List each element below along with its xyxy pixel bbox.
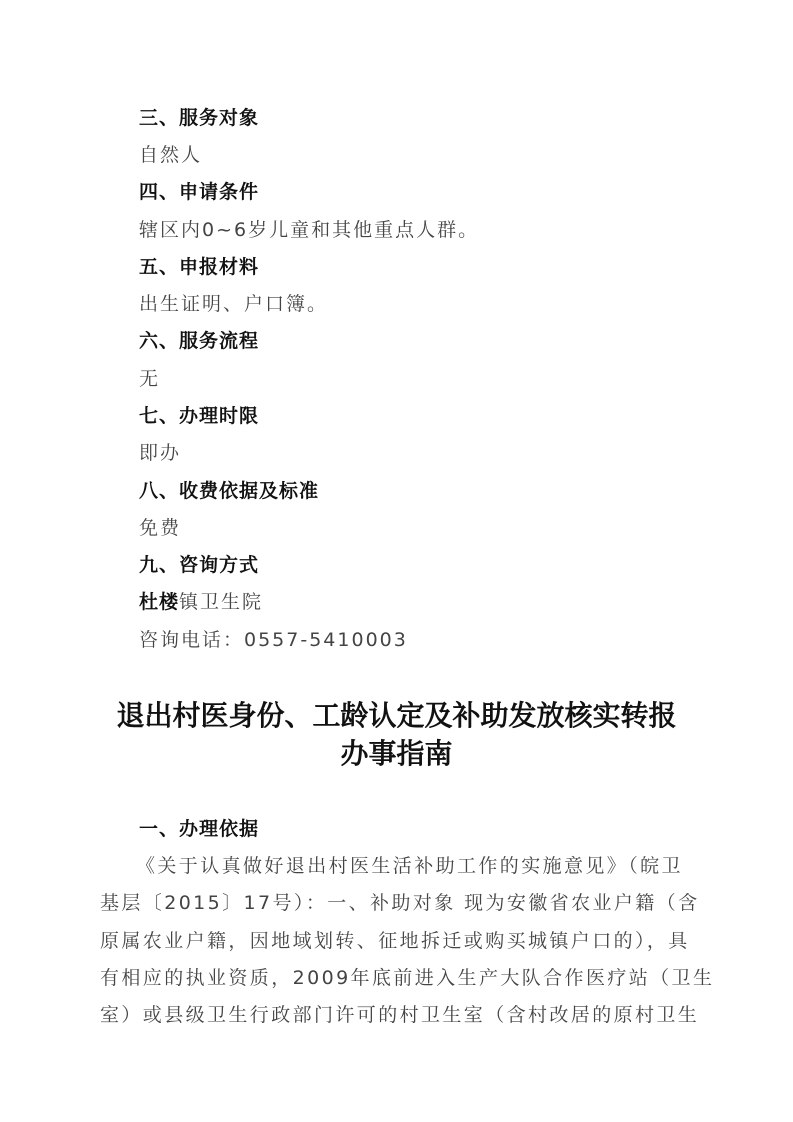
basis-paragraph-line: 原属农业户籍，因地域划转、征地拆迁或购买城镇户口的），具 bbox=[100, 929, 694, 953]
basis-paragraph-line: 《关于认真做好退出村医生活补助工作的实施意见》（皖卫 bbox=[136, 854, 694, 878]
guide-title-line-1: 退出村医身份、工龄认定及补助发放核实转报 bbox=[0, 698, 793, 734]
consultation-org-bold: 杜楼 bbox=[139, 591, 179, 613]
section-heading-fees: 八、收费依据及标准 bbox=[139, 479, 319, 503]
consultation-org: 杜楼镇卫生院 bbox=[139, 590, 263, 614]
section-heading-process: 六、服务流程 bbox=[139, 329, 259, 353]
consultation-phone: 咨询电话：0557-5410003 bbox=[139, 628, 408, 652]
basis-paragraph-line: 有相应的执业资质，2009年底前进入生产大队合作医疗站（卫生 bbox=[100, 966, 694, 990]
document-page: 三、服务对象 自然人 四、申请条件 辖区内0~6岁儿童和其他重点人群。 五、申报… bbox=[0, 0, 793, 1122]
guide-title-line-2: 办事指南 bbox=[0, 736, 793, 772]
section-heading-basis: 一、办理依据 bbox=[139, 817, 259, 841]
section-heading-time-limit: 七、办理时限 bbox=[139, 404, 259, 428]
section-heading-consultation: 九、咨询方式 bbox=[139, 553, 259, 577]
materials-text: 出生证明、户口簿。 bbox=[139, 292, 328, 316]
section-heading-conditions: 四、申请条件 bbox=[139, 180, 259, 204]
conditions-text: 辖区内0~6岁儿童和其他重点人群。 bbox=[139, 218, 479, 242]
section-heading-materials: 五、申报材料 bbox=[139, 255, 259, 279]
time-limit-text: 即办 bbox=[139, 441, 181, 465]
section-heading-service-target: 三、服务对象 bbox=[139, 106, 259, 130]
service-target-text: 自然人 bbox=[139, 143, 202, 167]
process-text: 无 bbox=[139, 367, 160, 391]
basis-paragraph-line: 基层〔2015〕17号）：一、补助对象 现为安徽省农业户籍（含 bbox=[100, 891, 694, 915]
basis-paragraph-line: 室）或县级卫生行政部门许可的村卫生室（含村改居的原村卫生 bbox=[100, 1003, 694, 1027]
consultation-org-rest: 镇卫生院 bbox=[179, 591, 263, 613]
fees-text: 免费 bbox=[139, 516, 181, 540]
